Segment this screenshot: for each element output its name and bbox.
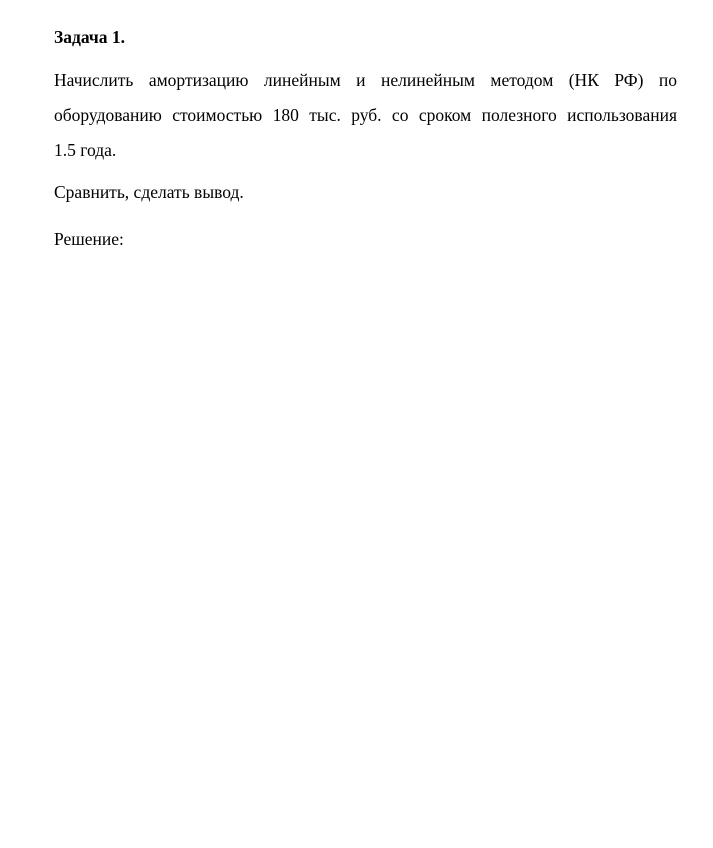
task-statement: Начислить амортизацию линейным и нелиней… <box>54 63 677 168</box>
task-statement-line: 1.5 года. <box>54 133 677 168</box>
solution-label: Решение: <box>54 222 677 257</box>
task-statement-line: Начислить амортизацию линейным и нелиней… <box>54 63 677 98</box>
task-statement-line: оборудованию стоимостью 180 тыс. руб. со… <box>54 98 677 133</box>
task-heading: Задача 1. <box>54 26 125 48</box>
task-instruction: Сравнить, сделать вывод. <box>54 175 677 210</box>
